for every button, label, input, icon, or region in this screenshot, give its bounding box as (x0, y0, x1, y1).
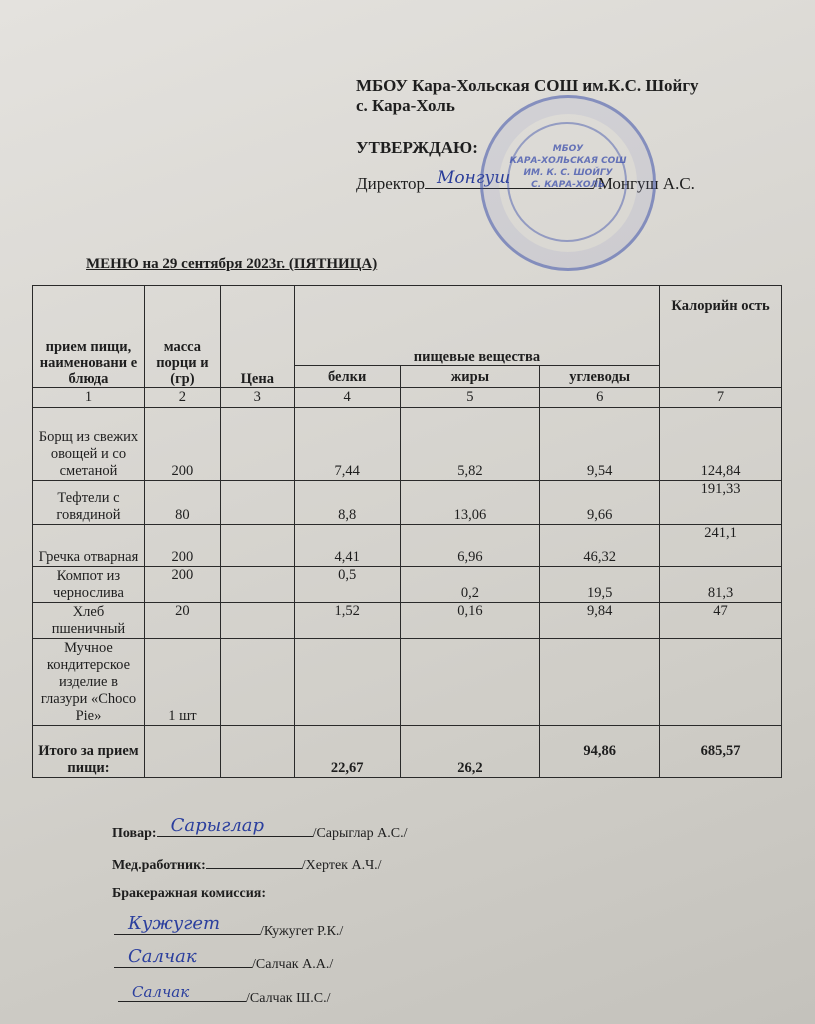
dish-protein (294, 639, 400, 726)
stamp-line-4: С. КАРА-ХОЛЬ (493, 179, 643, 191)
dish-name: Компот из чернослива (33, 567, 145, 603)
dish-protein: 7,44 (294, 408, 400, 481)
table-row: Хлеб пшеничный 20 1,52 0,16 9,84 47 (33, 603, 782, 639)
dish-mass: 1 шт (144, 639, 220, 726)
member-name: /Салчак Ш.С./ (246, 991, 330, 1006)
dish-name: Гречка отварная (33, 525, 145, 567)
dish-calories: 81,3 (660, 567, 782, 603)
dish-mass: 200 (144, 567, 220, 603)
dish-protein: 4,41 (294, 525, 400, 567)
commission-member: Салчак/Салчак А.А./ (114, 951, 333, 973)
dish-protein: 8,8 (294, 481, 400, 525)
school-name: МБОУ Кара-Хольская СОШ им.К.С. Шойгу (356, 76, 699, 96)
dish-price (220, 481, 294, 525)
director-label: Директор (356, 174, 425, 193)
dish-mass: 80 (144, 481, 220, 525)
cook-sign-line: Сарыглар (157, 820, 313, 837)
total-price (220, 726, 294, 778)
col-num: 6 (540, 388, 660, 408)
col-num: 7 (660, 388, 782, 408)
member-name: /Кужугет Р.К./ (260, 924, 343, 939)
col-num: 5 (400, 388, 540, 408)
member-signature: Салчак (132, 983, 189, 1001)
official-stamp: МБОУ КАРА-ХОЛЬСКАЯ СОШ ИМ. К. С. ШОЙГУ С… (480, 95, 656, 271)
total-carbs: 94,86 (540, 726, 660, 778)
member-sign-line: Кужугет (114, 918, 260, 935)
member-signature: Салчак (128, 946, 197, 967)
commission-member: Салчак/Салчак Ш.С./ (118, 985, 330, 1007)
table-row: Компот из чернослива 200 0,5 0,2 19,5 81… (33, 567, 782, 603)
stamp-line-1: МБОУ (493, 143, 643, 155)
dish-mass: 20 (144, 603, 220, 639)
table-row: Борщ из свежих овощей и со сметаной 200 … (33, 408, 782, 481)
member-name: /Салчак А.А./ (252, 957, 333, 972)
approve-label: УТВЕРЖДАЮ: (356, 138, 478, 158)
dish-mass: 200 (144, 408, 220, 481)
dish-price (220, 567, 294, 603)
member-sign-line: Салчак (118, 985, 246, 1002)
stamp-line-2: КАРА-ХОЛЬСКАЯ СОШ (493, 155, 643, 167)
header-mass: масса порци и (гр) (144, 286, 220, 388)
cook-signature: Сарыглар (171, 815, 265, 836)
dish-price (220, 603, 294, 639)
dish-fat: 0,2 (400, 567, 540, 603)
header-nutrients: пищевые вещества (294, 286, 659, 366)
total-fat: 26,2 (400, 726, 540, 778)
header-price: Цена (220, 286, 294, 388)
dish-fat: 5,82 (400, 408, 540, 481)
dish-fat: 0,16 (400, 603, 540, 639)
dish-mass: 200 (144, 525, 220, 567)
dish-calories: 124,84 (660, 408, 782, 481)
header-protein: белки (294, 366, 400, 388)
stamp-line-3: ИМ. К. С. ШОЙГУ (493, 167, 643, 179)
dish-name: Тефтели с говядиной (33, 481, 145, 525)
dish-calories: 191,33 (660, 481, 782, 525)
dish-price (220, 525, 294, 567)
commission-member: Кужугет/Кужугет Р.К./ (114, 918, 343, 940)
col-num: 1 (33, 388, 145, 408)
document-page: МБОУ Кара-Хольская СОШ им.К.С. Шойгу с. … (0, 0, 815, 1024)
dish-carbs: 9,54 (540, 408, 660, 481)
col-num: 4 (294, 388, 400, 408)
commission-label: Бракеражная комиссия: (112, 886, 266, 902)
medic-sign-line (206, 852, 302, 869)
col-num: 3 (220, 388, 294, 408)
dish-fat (400, 639, 540, 726)
header-carbs: углеводы (540, 366, 660, 388)
cook-name: /Сарыглар А.С./ (313, 826, 408, 841)
dish-carbs (540, 639, 660, 726)
header-meal: прием пищи, наименовани е блюда (33, 286, 145, 388)
total-row: Итого за прием пищи: 22,67 26,2 94,86 68… (33, 726, 782, 778)
total-label: Итого за прием пищи: (33, 726, 145, 778)
cook-signature-line: Повар:Сарыглар/Сарыглар А.С./ (112, 820, 407, 842)
dish-fat: 13,06 (400, 481, 540, 525)
menu-title: МЕНЮ на 29 сентября 2023г. (ПЯТНИЦА) (86, 256, 377, 273)
dish-name: Хлеб пшеничный (33, 603, 145, 639)
dish-carbs: 19,5 (540, 567, 660, 603)
dish-name: Борщ из свежих овощей и со сметаной (33, 408, 145, 481)
total-protein: 22,67 (294, 726, 400, 778)
header-calories: Калорийн ость (660, 286, 782, 388)
table-row: Мучное кондитерское изделие в глазури «C… (33, 639, 782, 726)
medic-label: Мед.работник: (112, 858, 206, 873)
dish-carbs: 46,32 (540, 525, 660, 567)
dish-name: Мучное кондитерское изделие в глазури «C… (33, 639, 145, 726)
dish-carbs: 9,66 (540, 481, 660, 525)
total-mass (144, 726, 220, 778)
column-number-row: 1 2 3 4 5 6 7 (33, 388, 782, 408)
dish-price (220, 408, 294, 481)
medic-signature-line: Мед.работник:/Хертек А.Ч./ (112, 852, 382, 874)
dish-carbs: 9,84 (540, 603, 660, 639)
table-row: Тефтели с говядиной 80 8,8 13,06 9,66 19… (33, 481, 782, 525)
medic-name: /Хертек А.Ч./ (302, 858, 382, 873)
cook-label: Повар: (112, 826, 157, 841)
dish-calories: 47 (660, 603, 782, 639)
table-row: Гречка отварная 200 4,41 6,96 46,32 241,… (33, 525, 782, 567)
dish-price (220, 639, 294, 726)
member-sign-line: Салчак (114, 951, 252, 968)
dish-protein: 1,52 (294, 603, 400, 639)
dish-calories (660, 639, 782, 726)
col-num: 2 (144, 388, 220, 408)
member-signature: Кужугет (128, 913, 220, 934)
stamp-text: МБОУ КАРА-ХОЛЬСКАЯ СОШ ИМ. К. С. ШОЙГУ С… (493, 143, 643, 191)
total-calories: 685,57 (660, 726, 782, 778)
dish-fat: 6,96 (400, 525, 540, 567)
menu-table: прием пищи, наименовани е блюда масса по… (32, 285, 782, 778)
dish-calories: 241,1 (660, 525, 782, 567)
dish-protein: 0,5 (294, 567, 400, 603)
header-fat: жиры (400, 366, 540, 388)
